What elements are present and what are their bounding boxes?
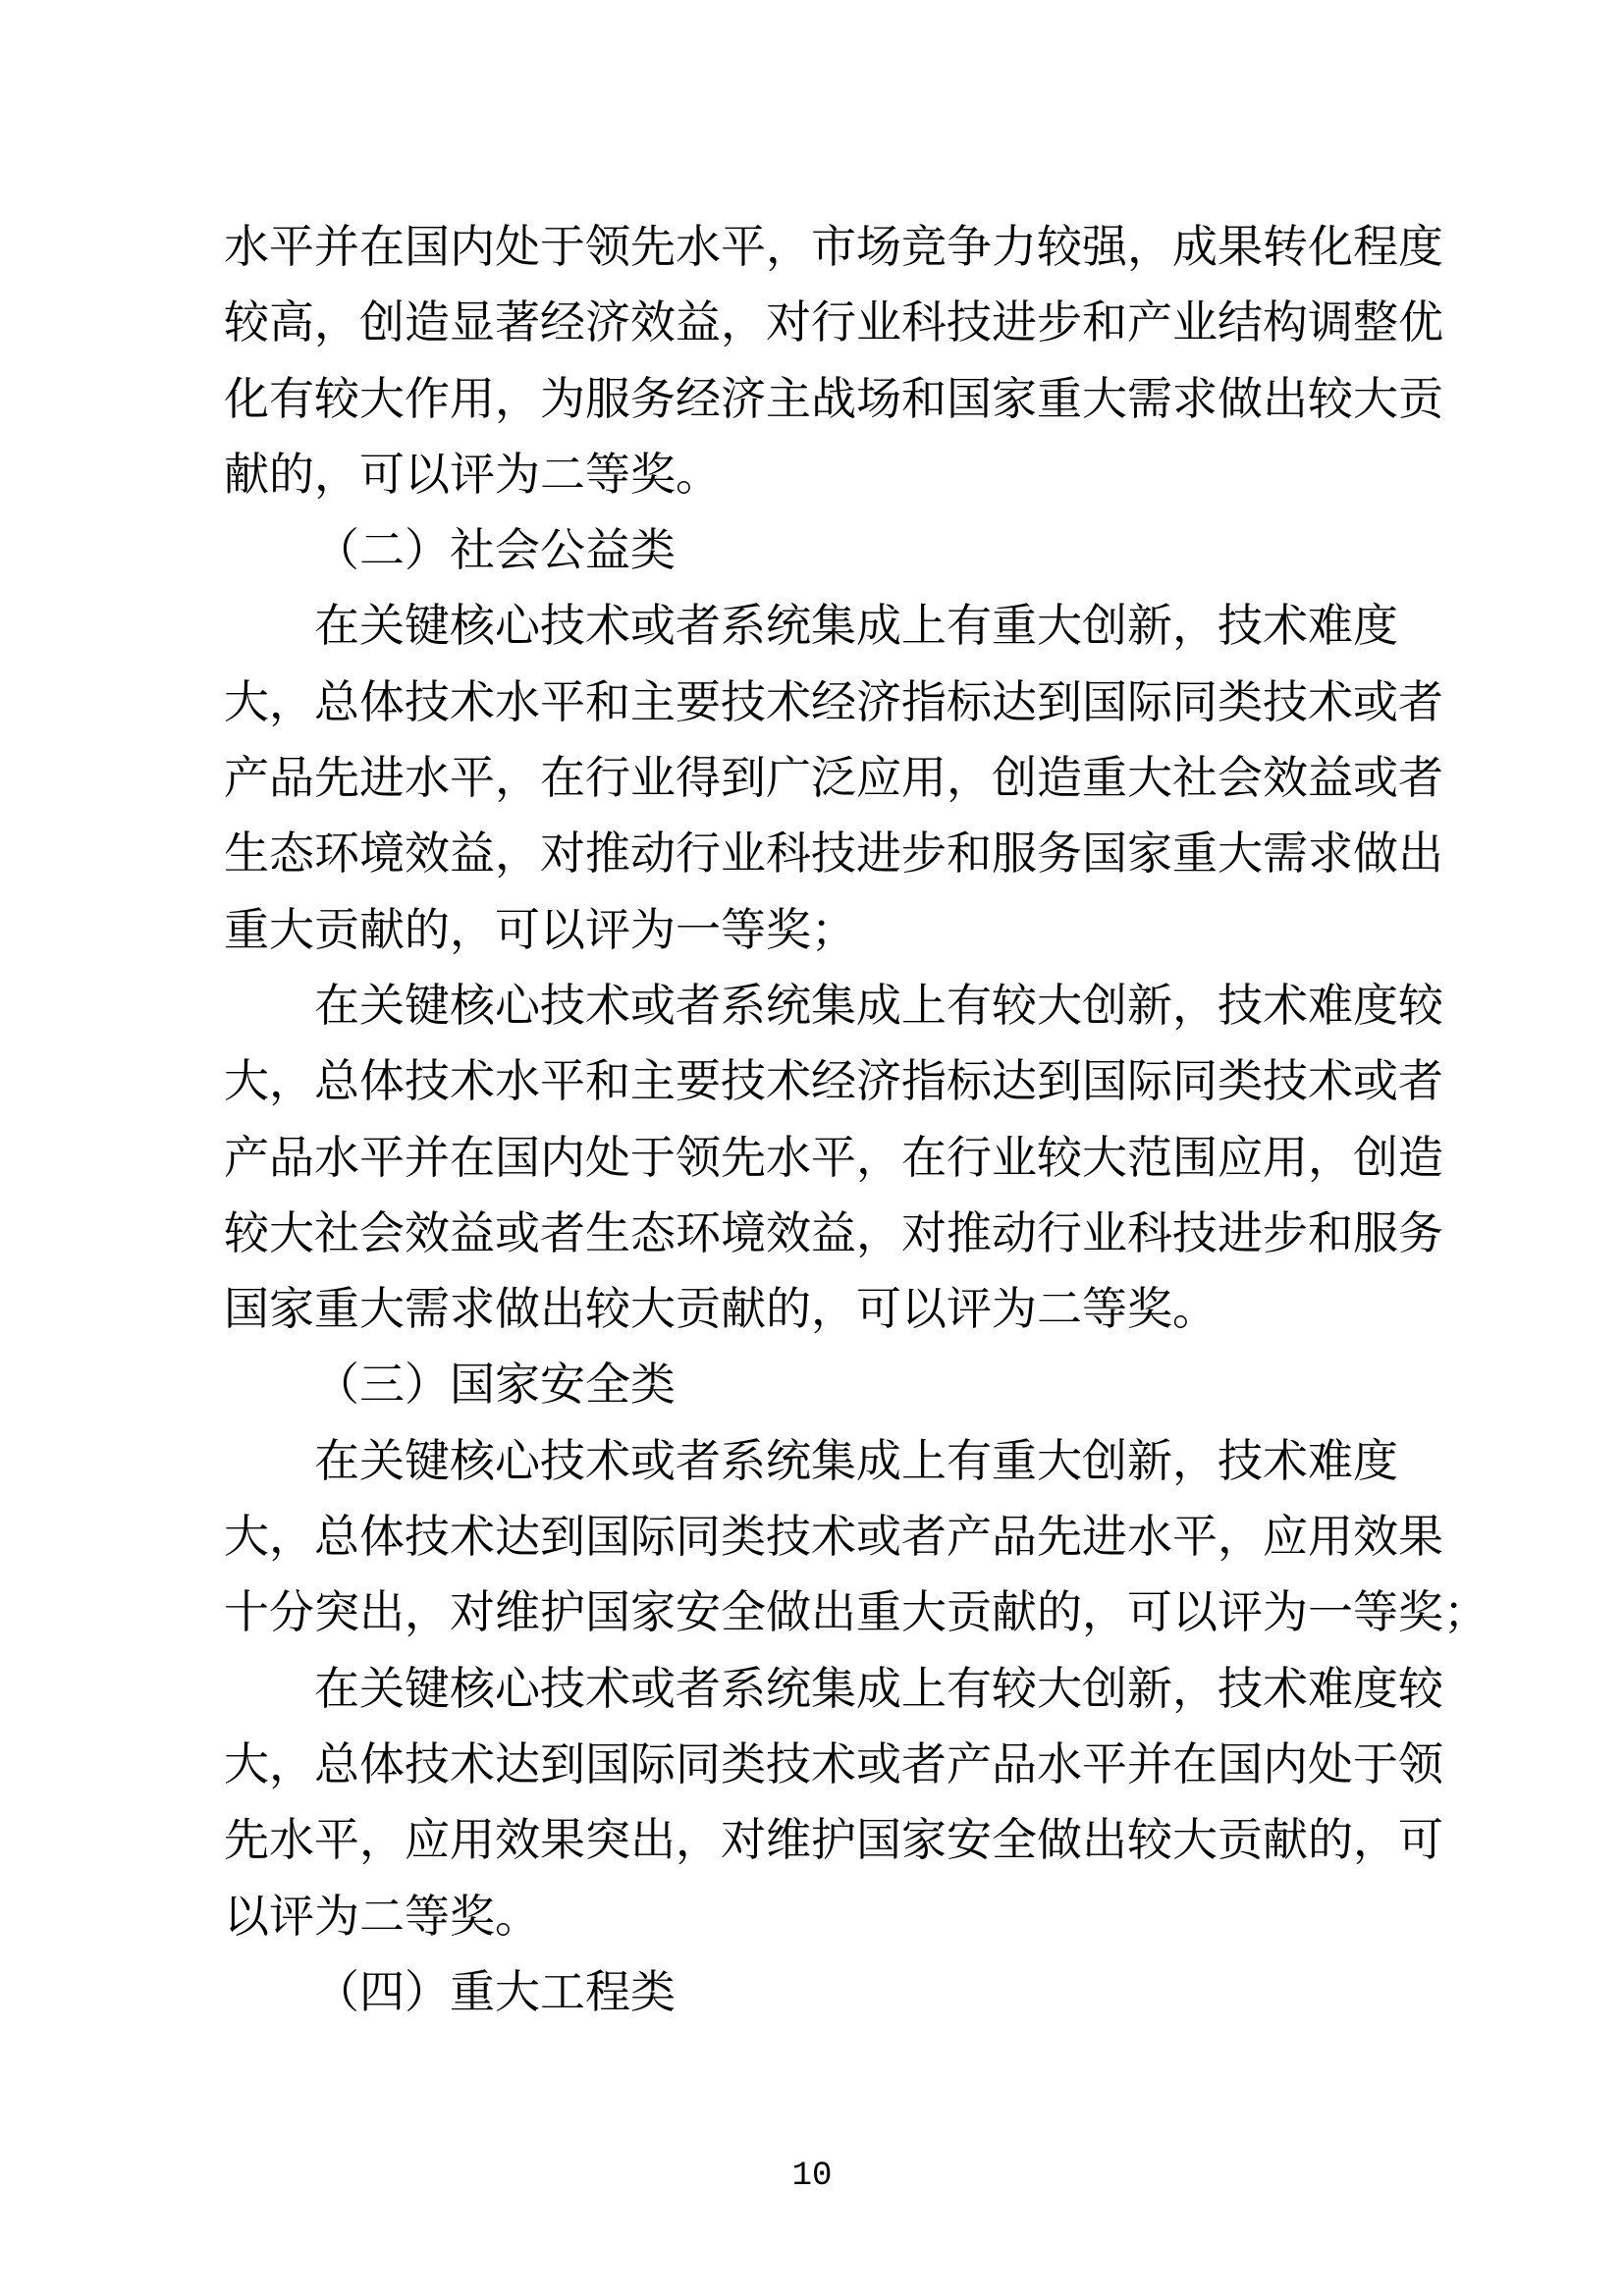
text-line: 大，总体技术水平和主要技术经济指标达到国际同类技术或者 [224,1043,1396,1119]
page-number: 10 [0,2158,1624,2195]
text-line: （三）国家安全类 [224,1347,1396,1422]
text-line: 产品水平并在国内处于领先水平，在行业较大范围应用，创造 [224,1120,1396,1196]
body-text: 水平并在国内处于领先水平，市场竞争力较强，成果转化程度较高，创造显著经济效益，对… [224,209,1396,2030]
document-page: 水平并在国内处于领先水平，市场竞争力较强，成果转化程度较高，创造显著经济效益，对… [0,0,1624,2296]
text-line: 较大社会效益或者生态环境效益，对推动行业科技进步和服务 [224,1196,1396,1271]
text-line: 先水平，应用效果突出，对维护国家安全做出较大贡献的，可 [224,1802,1396,1878]
text-line: 较高，创造显著经济效益，对行业科技进步和产业结构调整优 [224,285,1396,360]
text-line: （二）社会公益类 [224,512,1396,588]
text-line: 大，总体技术达到国际同类技术或者产品先进水平，应用效果 [224,1499,1396,1575]
text-line: 献的，可以评为二等奖。 [224,437,1396,512]
text-line: 生态环境效益，对推动行业科技进步和服务国家重大需求做出 [224,816,1396,891]
text-line: 大，总体技术水平和主要技术经济指标达到国际同类技术或者 [224,665,1396,740]
text-line: 重大贡献的，可以评为一等奖； [224,892,1396,968]
text-line: 在关键核心技术或者系统集成上有重大创新，技术难度 [224,588,1396,664]
text-line: 国家重大需求做出较大贡献的，可以评为二等奖。 [224,1271,1396,1347]
text-line: 水平并在国内处于领先水平，市场竞争力较强，成果转化程度 [224,209,1396,285]
text-line: 化有较大作用，为服务经济主战场和国家重大需求做出较大贡 [224,361,1396,437]
text-line: 在关键核心技术或者系统集成上有较大创新，技术难度较 [224,1651,1396,1727]
text-line: 十分突出，对维护国家安全做出重大贡献的，可以评为一等奖； [224,1575,1396,1650]
text-line: 产品先进水平，在行业得到广泛应用，创造重大社会效益或者 [224,740,1396,816]
text-line: （四）重大工程类 [224,1954,1396,2030]
text-line: 在关键核心技术或者系统集成上有重大创新，技术难度 [224,1423,1396,1499]
text-line: 大，总体技术达到国际同类技术或者产品水平并在国内处于领 [224,1727,1396,1802]
text-line: 以评为二等奖。 [224,1879,1396,1954]
text-line: 在关键核心技术或者系统集成上有较大创新，技术难度较 [224,968,1396,1043]
